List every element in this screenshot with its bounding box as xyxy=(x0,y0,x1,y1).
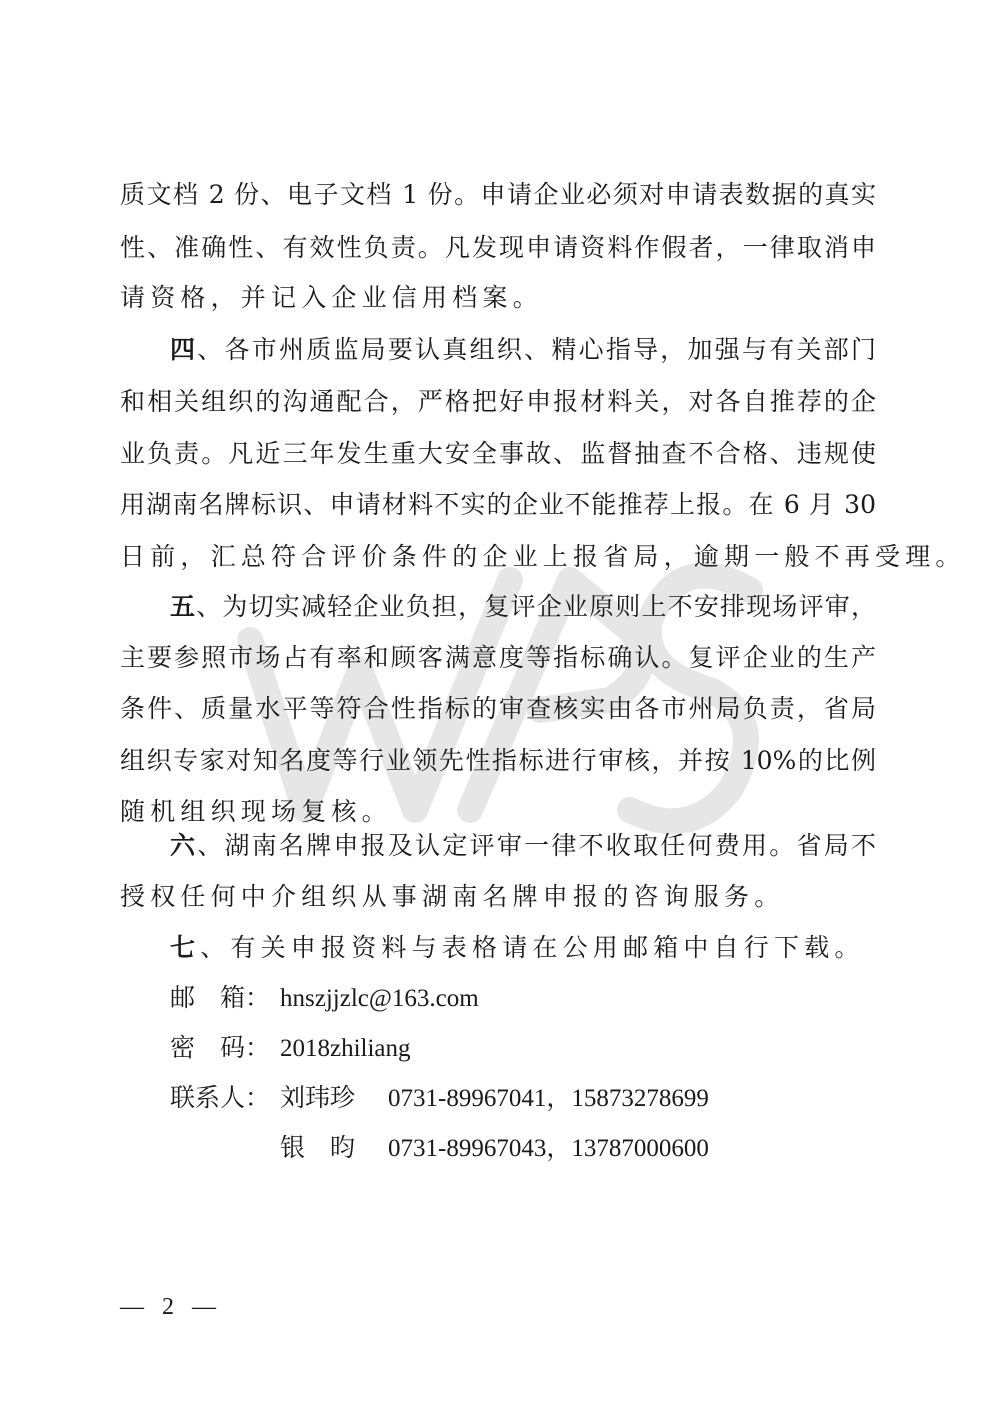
paragraph-5-line-1: 五、为切实减轻企业负担，复评企业原则上不安排现场评审， xyxy=(170,592,876,622)
contact-name: 银 昀 xyxy=(280,1133,388,1163)
paragraph-3-line-1: 质文档 2 份、电子文档 1 份。申请企业必须对申请表数据的真实 xyxy=(120,180,876,210)
document-page: 质文档 2 份、电子文档 1 份。申请企业必须对申请表数据的真实 性、准确性、有… xyxy=(0,0,992,1403)
contact-phone: 0731-89967041，15873278699 xyxy=(388,1085,709,1112)
paragraph-5-line-3: 条件、质量水平等符合性指标的审查核实由各市州局负责，省局 xyxy=(120,694,876,724)
email-label: 邮 箱： xyxy=(170,983,280,1013)
paragraph-5-line-5: 随机组织现场复核。 xyxy=(120,797,876,827)
contact-row-2: 银 昀0731-89967043，13787000600 xyxy=(170,1133,709,1164)
email-address[interactable]: hnszjjzlc@163.com xyxy=(280,985,479,1012)
password-label: 密 码： xyxy=(170,1033,280,1063)
paragraph-6-line-1: 六、湖南名牌申报及认定评审一律不收取任何费用。省局不 xyxy=(170,831,876,861)
contacts-label: 联系人： xyxy=(170,1083,280,1113)
email-row: 邮 箱：hnszjjzlc@163.com xyxy=(170,983,479,1014)
paragraph-7-line-1: 七、有关申报资料与表格请在公用邮箱中自行下载。 xyxy=(170,933,876,963)
paragraph-4-line-5: 日前，汇总符合评价条件的企业上报省局，逾期一般不再受理。 xyxy=(120,542,876,572)
contact-row-1: 联系人：刘玮珍0731-89967041，15873278699 xyxy=(170,1083,709,1114)
paragraph-5-number: 五 xyxy=(170,592,196,621)
paragraph-5-line-2: 主要参照市场占有率和顾客满意度等指标确认。复评企业的生产 xyxy=(120,643,876,673)
paragraph-6-line-2: 授权任何中介组织从事湖南名牌申报的咨询服务。 xyxy=(120,882,876,912)
paragraph-7-number: 七 xyxy=(170,933,200,962)
paragraph-4-line-3: 业负责。凡近三年发生重大安全事故、监督抽查不合格、违规使 xyxy=(120,439,876,469)
password-value: 2018zhiliang xyxy=(280,1035,411,1062)
paragraph-4-number: 四 xyxy=(170,335,197,364)
paragraph-3-line-2: 性、准确性、有效性负责。凡发现申请资料作假者，一律取消申 xyxy=(120,233,876,263)
password-row: 密 码：2018zhiliang xyxy=(170,1033,411,1064)
paragraph-3-line-3: 请资格，并记入企业信用档案。 xyxy=(120,283,876,313)
paragraph-6-number: 六 xyxy=(170,831,197,860)
page-number: — 2 — xyxy=(120,1294,222,1321)
contact-phone: 0731-89967043，13787000600 xyxy=(388,1135,709,1162)
paragraph-5-line-4: 组织专家对知名度等行业领先性指标进行审核，并按 10%的比例 xyxy=(120,746,876,776)
contact-name: 刘玮珍 xyxy=(280,1083,388,1113)
paragraph-4-line-1: 四、各市州质监局要认真组织、精心指导，加强与有关部门 xyxy=(170,335,876,365)
paragraph-4-line-2: 和相关组织的沟通配合，严格把好申报材料关，对各自推荐的企 xyxy=(120,387,876,417)
paragraph-4-line-4: 用湖南名牌标识、申请材料不实的企业不能推荐上报。在 6 月 30 xyxy=(120,490,876,520)
